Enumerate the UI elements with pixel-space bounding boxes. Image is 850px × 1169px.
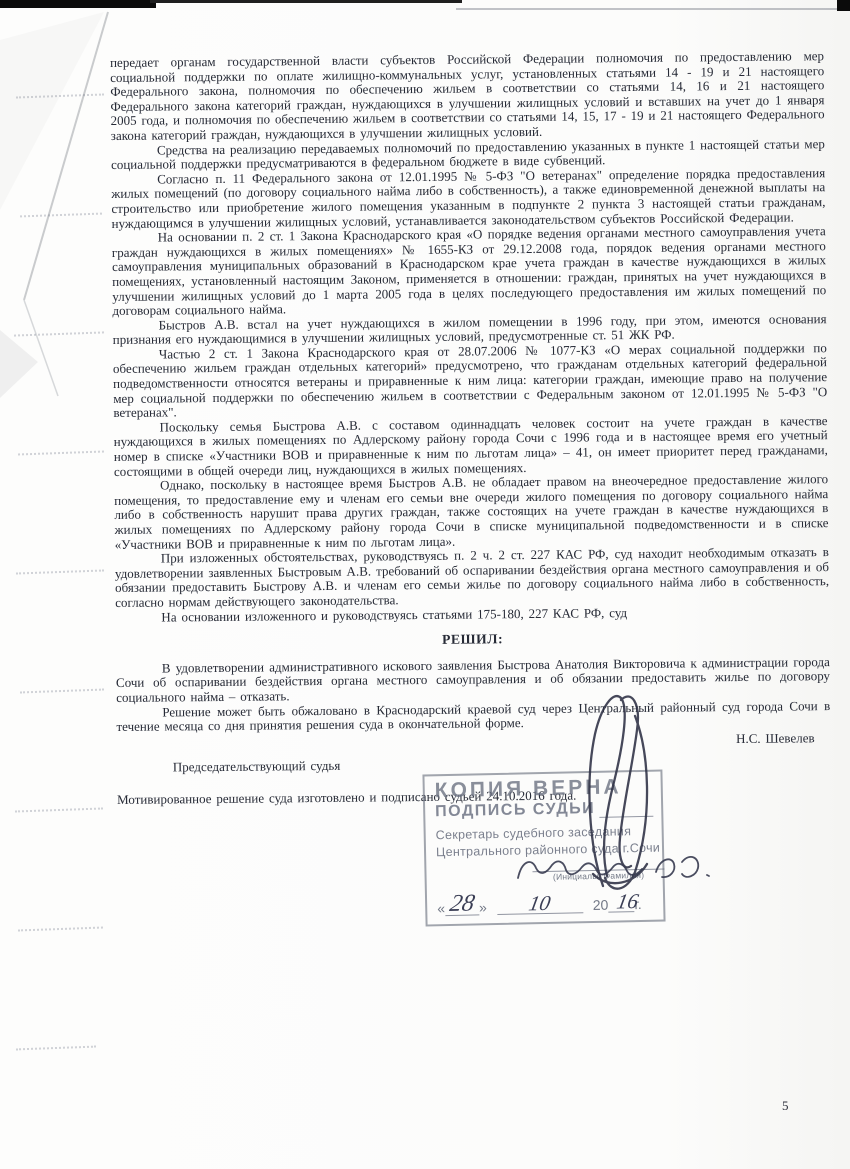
quote-close: » [479,899,487,915]
page-number: 5 [782,1098,789,1114]
resolution-paragraph: Решение может быть обжаловано в Краснода… [116,699,830,735]
scan-edge-artifact [456,8,840,10]
resolution-heading: РЕШИЛ: [116,629,830,650]
secretary-signature [514,850,714,890]
body-paragraph: Поскольку семья Быстрова А.В. с составом… [114,414,829,479]
scanned-court-decision-page: передает органам государственной власти … [0,0,850,1169]
year-prefix: 20 [593,897,609,913]
margin-bleed-mark [16,1046,96,1051]
margin-bleed-mark [18,450,104,455]
scan-edge-artifact [837,0,850,11]
margin-bleed-mark [15,807,103,812]
handwritten-day: 28 [447,890,476,918]
body-paragraph: При изложенных обстоятельствах, руководс… [115,545,830,610]
margin-bleed-mark [20,689,104,694]
body-paragraph: Однако, поскольку в настоящее время Быст… [114,472,829,552]
body-paragraph: Частью 2 ст. 1 Закона Краснодарского кра… [113,341,828,421]
body-paragraph: На основании п. 2 ст. 1 Закона Краснодар… [112,224,827,318]
resolution-paragraph: В удовлетворении административного исков… [116,655,830,706]
judge-name: Н.С. Шевелев [117,731,831,752]
margin-bleed-mark [18,927,103,932]
decision-text-block: передает органам государственной власти … [110,49,831,807]
handwritten-month: 10 [527,891,553,917]
body-paragraph: Согласно п. 11 Федерального закона от 12… [111,166,826,231]
body-paragraph: передает органам государственной власти … [110,49,825,143]
margin-bleed-mark [16,569,104,574]
